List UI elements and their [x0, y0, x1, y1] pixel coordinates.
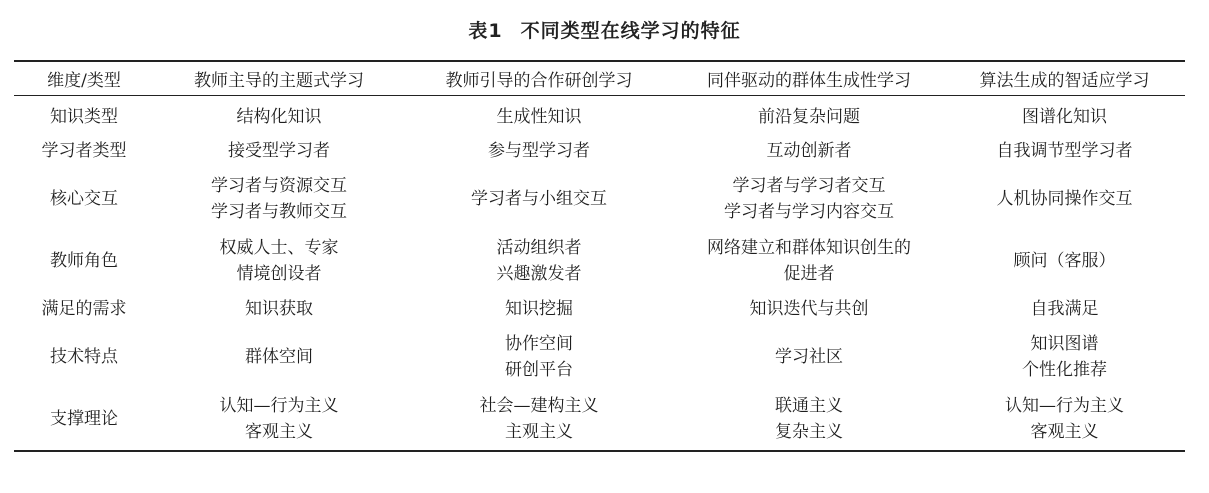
row-dimension: 技术特点 — [14, 326, 154, 388]
table-cell: 学习者与资源交互 学习者与教师交互 — [154, 168, 404, 230]
cell-line: 知识图谱 — [944, 331, 1185, 357]
header-teacher-led: 教师主导的主题式学习 — [154, 61, 404, 96]
table-cell: 学习社区 — [674, 326, 944, 388]
table-cell: 活动组织者 兴趣激发者 — [404, 230, 674, 292]
table-cell: 生成性知识 — [404, 96, 674, 135]
table-cell: 自我满足 — [944, 292, 1185, 326]
table-cell: 学习者与小组交互 — [404, 168, 674, 230]
cell-line: 研创平台 — [404, 357, 674, 383]
table-row: 技术特点 群体空间 协作空间 研创平台 学习社区 知识图谱 个性化推荐 — [14, 326, 1185, 388]
cell-line: 兴趣激发者 — [404, 261, 674, 287]
cell-line: 网络建立和群体知识创生的 — [674, 235, 944, 261]
table-title: 不同类型在线学习的特征 — [521, 20, 741, 42]
cell-line: 学习者与资源交互 — [154, 173, 404, 199]
table-cell: 网络建立和群体知识创生的 促进者 — [674, 230, 944, 292]
cell-line: 社会—建构主义 — [404, 393, 674, 419]
cell-line: 情境创设者 — [154, 261, 404, 287]
table-cell: 前沿复杂问题 — [674, 96, 944, 135]
cell-line: 联通主义 — [674, 393, 944, 419]
table-cell: 人机协同操作交互 — [944, 168, 1185, 230]
table-row: 学习者类型 接受型学习者 参与型学习者 互动创新者 自我调节型学习者 — [14, 134, 1185, 168]
table-caption: 表1不同类型在线学习的特征 — [0, 16, 1209, 43]
table-row: 知识类型 结构化知识 生成性知识 前沿复杂问题 图谱化知识 — [14, 96, 1185, 135]
cell-line: 客观主义 — [154, 419, 404, 445]
cell-line: 认知—行为主义 — [154, 393, 404, 419]
cell-line: 活动组织者 — [404, 235, 674, 261]
cell-line: 协作空间 — [404, 331, 674, 357]
characteristics-table: 维度/类型 教师主导的主题式学习 教师引导的合作研创学习 同伴驱动的群体生成性学… — [14, 60, 1185, 452]
table-cell: 自我调节型学习者 — [944, 134, 1185, 168]
cell-line: 学习者与学习者交互 — [674, 173, 944, 199]
table-cell: 认知—行为主义 客观主义 — [154, 388, 404, 451]
table-cell: 知识图谱 个性化推荐 — [944, 326, 1185, 388]
table-cell: 认知—行为主义 客观主义 — [944, 388, 1185, 451]
header-algorithm-generated: 算法生成的智适应学习 — [944, 61, 1185, 96]
table-cell: 社会—建构主义 主观主义 — [404, 388, 674, 451]
cell-line: 主观主义 — [404, 419, 674, 445]
cell-line: 学习者与学习内容交互 — [674, 199, 944, 225]
table-cell: 知识迭代与共创 — [674, 292, 944, 326]
table-row: 满足的需求 知识获取 知识挖掘 知识迭代与共创 自我满足 — [14, 292, 1185, 326]
table-row: 支撑理论 认知—行为主义 客观主义 社会—建构主义 主观主义 联通主义 复杂主义… — [14, 388, 1185, 451]
table-cell: 联通主义 复杂主义 — [674, 388, 944, 451]
row-dimension: 教师角色 — [14, 230, 154, 292]
table-cell: 顾问（客服） — [944, 230, 1185, 292]
table-row: 教师角色 权威人士、专家 情境创设者 活动组织者 兴趣激发者 网络建立和群体知识… — [14, 230, 1185, 292]
table-cell: 图谱化知识 — [944, 96, 1185, 135]
header-teacher-guided: 教师引导的合作研创学习 — [404, 61, 674, 96]
table-cell: 知识获取 — [154, 292, 404, 326]
table-number: 表1 — [468, 20, 502, 42]
header-row: 维度/类型 教师主导的主题式学习 教师引导的合作研创学习 同伴驱动的群体生成性学… — [14, 61, 1185, 96]
table-cell: 结构化知识 — [154, 96, 404, 135]
table-cell: 群体空间 — [154, 326, 404, 388]
table-cell: 权威人士、专家 情境创设者 — [154, 230, 404, 292]
table-cell: 协作空间 研创平台 — [404, 326, 674, 388]
row-dimension: 满足的需求 — [14, 292, 154, 326]
table-cell: 学习者与学习者交互 学习者与学习内容交互 — [674, 168, 944, 230]
row-dimension: 支撑理论 — [14, 388, 154, 451]
cell-line: 复杂主义 — [674, 419, 944, 445]
cell-line: 促进者 — [674, 261, 944, 287]
table-cell: 接受型学习者 — [154, 134, 404, 168]
table-cell: 参与型学习者 — [404, 134, 674, 168]
cell-line: 权威人士、专家 — [154, 235, 404, 261]
row-dimension: 核心交互 — [14, 168, 154, 230]
row-dimension: 学习者类型 — [14, 134, 154, 168]
cell-line: 个性化推荐 — [944, 357, 1185, 383]
cell-line: 认知—行为主义 — [944, 393, 1185, 419]
table-row: 核心交互 学习者与资源交互 学习者与教师交互 学习者与小组交互 学习者与学习者交… — [14, 168, 1185, 230]
cell-line: 学习者与教师交互 — [154, 199, 404, 225]
header-peer-driven: 同伴驱动的群体生成性学习 — [674, 61, 944, 96]
table-cell: 知识挖掘 — [404, 292, 674, 326]
table-cell: 互动创新者 — [674, 134, 944, 168]
row-dimension: 知识类型 — [14, 96, 154, 135]
cell-line: 客观主义 — [944, 419, 1185, 445]
header-dimension: 维度/类型 — [14, 61, 154, 96]
